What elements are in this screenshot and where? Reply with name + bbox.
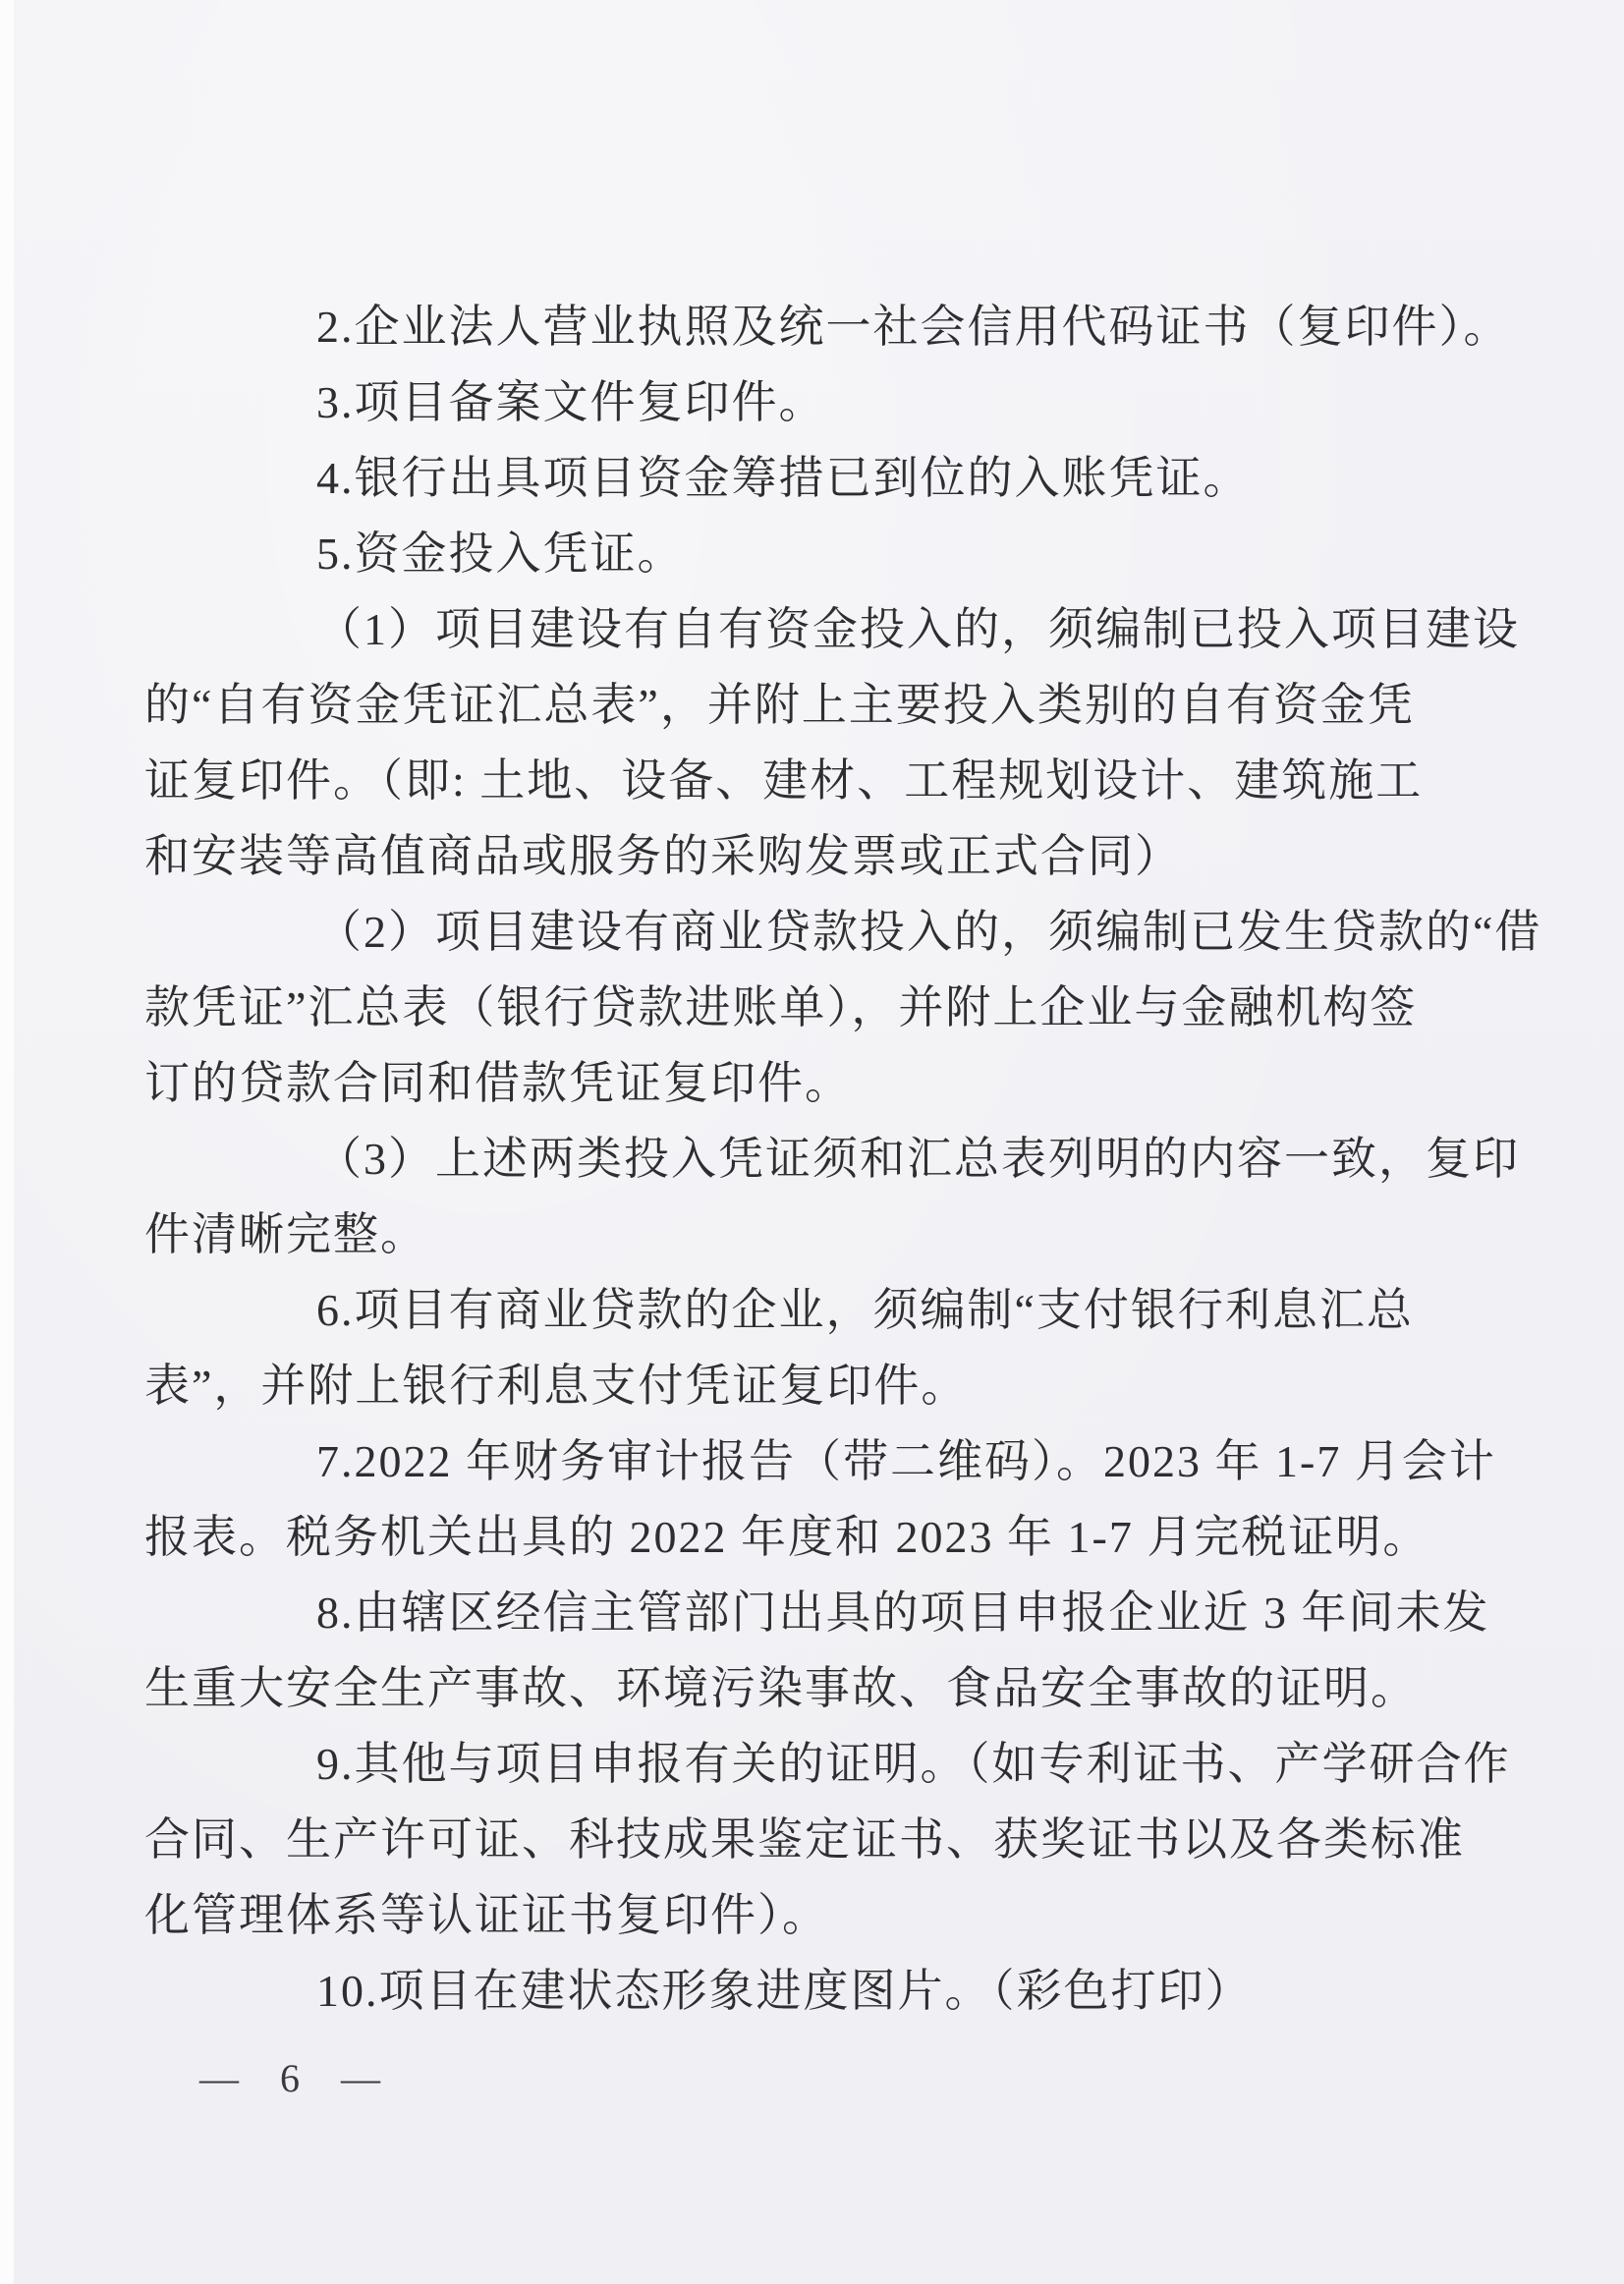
text-line: 合同、生产许可证、科技成果鉴定证书、获奖证书以及各类标准 bbox=[144, 1802, 1500, 1877]
text-line: 6.项目有商业贷款的企业，须编制“支付银行利息汇总 bbox=[144, 1272, 1500, 1348]
text-line: 4.银行出具项目资金筹措已到位的入账凭证。 bbox=[144, 440, 1500, 516]
text-line: 件清晰完整。 bbox=[144, 1197, 1500, 1272]
text-line: 和安装等高值商品或服务的采购发票或正式合同） bbox=[144, 818, 1500, 894]
text-line: 2.企业法人营业执照及统一社会信用代码证书（复印件）。 bbox=[144, 289, 1500, 364]
text-line: 生重大安全生产事故、环境污染事故、食品安全事故的证明。 bbox=[144, 1650, 1500, 1726]
text-line: 8.由辖区经信主管部门出具的项目申报企业近 3 年间未发 bbox=[144, 1575, 1500, 1650]
text-line: 表”，并附上银行利息支付凭证复印件。 bbox=[144, 1348, 1500, 1423]
text-line: （2）项目建设有商业贷款投入的，须编制已发生贷款的“借 bbox=[144, 894, 1500, 970]
text-line: 款凭证”汇总表（银行贷款进账单），并附上企业与金融机构签 bbox=[144, 970, 1500, 1045]
text-line: 的“自有资金凭证汇总表”，并附上主要投入类别的自有资金凭 bbox=[144, 667, 1500, 743]
text-line: 10.项目在建状态形象进度图片。（彩色打印） bbox=[144, 1953, 1500, 2029]
text-line: 报表。税务机关出具的 2022 年度和 2023 年 1-7 月完税证明。 bbox=[144, 1499, 1500, 1575]
scanner-edge-strip bbox=[0, 0, 14, 2284]
text-line: （3）上述两类投入凭证须和汇总表列明的内容一致，复印 bbox=[144, 1121, 1500, 1197]
text-line: 化管理体系等认证证书复印件）。 bbox=[144, 1877, 1500, 1953]
text-line: 3.项目备案文件复印件。 bbox=[144, 364, 1500, 440]
text-line: 订的贷款合同和借款凭证复印件。 bbox=[144, 1045, 1500, 1121]
text-line: （1）项目建设有自有资金投入的，须编制已投入项目建设 bbox=[144, 591, 1500, 667]
text-line: 证复印件。（即: 土地、设备、建材、工程规划设计、建筑施工 bbox=[144, 743, 1500, 818]
text-line: 9.其他与项目申报有关的证明。（如专利证书、产学研合作 bbox=[144, 1726, 1500, 1802]
document-body: 2.企业法人营业执照及统一社会信用代码证书（复印件）。 3.项目备案文件复印件。… bbox=[144, 289, 1500, 2029]
page-number: — 6 — bbox=[199, 2057, 396, 2100]
text-line: 5.资金投入凭证。 bbox=[144, 516, 1500, 591]
text-line: 7.2022 年财务审计报告（带二维码）。2023 年 1-7 月会计 bbox=[144, 1423, 1500, 1499]
